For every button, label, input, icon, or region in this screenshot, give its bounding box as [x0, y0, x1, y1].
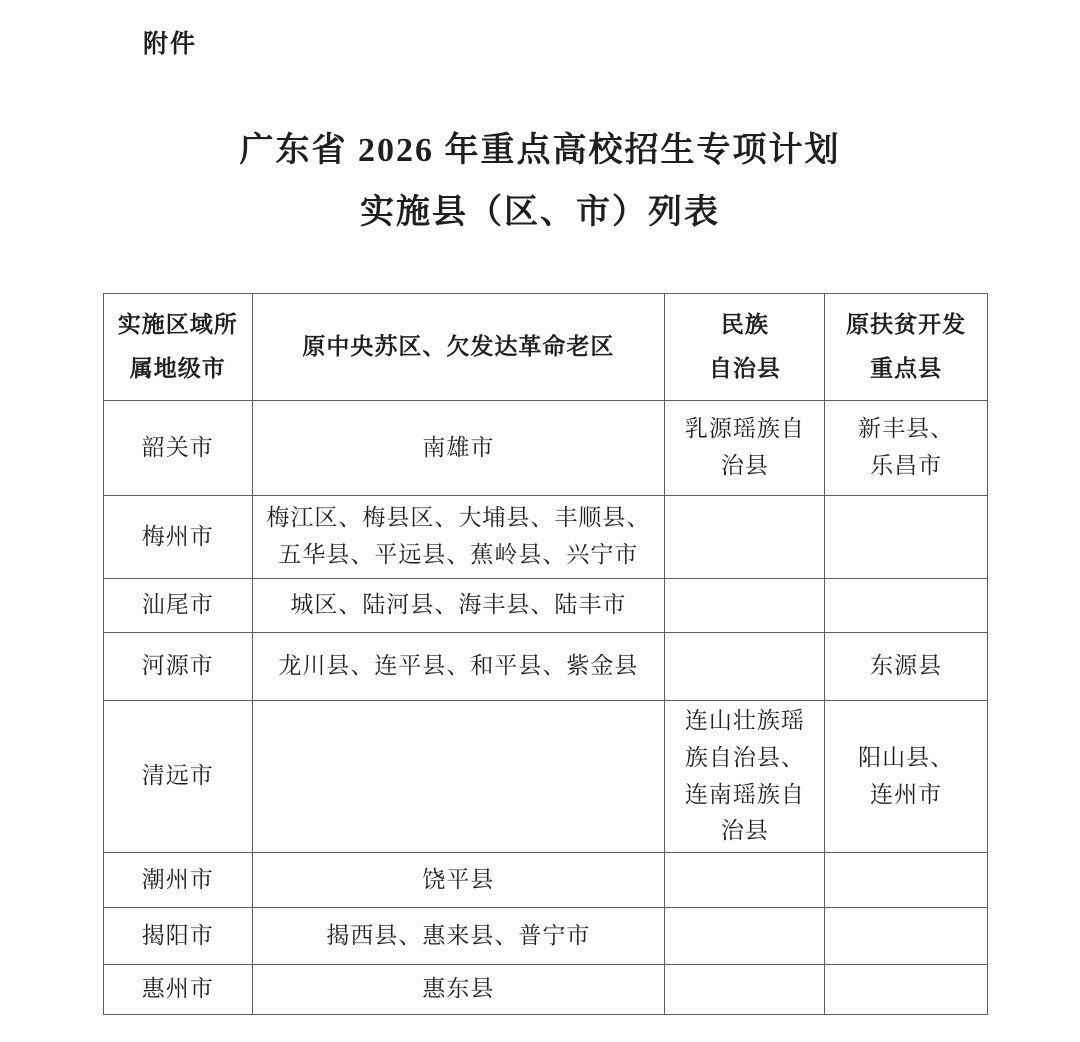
- table-header: 实施区域所 属地级市 原中央苏区、欠发达革命老区 民族 自治县 原扶贫开发 重点…: [104, 294, 988, 401]
- cell-city: 惠州市: [104, 965, 253, 1015]
- cell-city: 汕尾市: [104, 579, 253, 633]
- table-row: 梅州市梅江区、梅县区、大埔县、丰顺县、 五华县、平远县、蕉岭县、兴宁市: [104, 496, 988, 579]
- cell-poverty-alleviation-county: 阳山县、 连州市: [825, 701, 988, 853]
- table-row: 潮州市饶平县: [104, 853, 988, 908]
- cell-city: 揭阳市: [104, 908, 253, 965]
- cell-city: 清远市: [104, 701, 253, 853]
- cell-old-revolutionary-area: 龙川县、连平县、和平县、紫金县: [252, 633, 665, 701]
- cell-old-revolutionary-area: 惠东县: [252, 965, 665, 1015]
- cell-ethnic-autonomous-county: [665, 579, 825, 633]
- column-header-city: 实施区域所 属地级市: [104, 294, 253, 401]
- cell-ethnic-autonomous-county: [665, 908, 825, 965]
- cell-old-revolutionary-area: 梅江区、梅县区、大埔县、丰顺县、 五华县、平远县、蕉岭县、兴宁市: [252, 496, 665, 579]
- cell-city: 韶关市: [104, 401, 253, 496]
- cell-poverty-alleviation-county: 东源县: [825, 633, 988, 701]
- cell-poverty-alleviation-county: [825, 853, 988, 908]
- table-row: 河源市龙川县、连平县、和平县、紫金县东源县: [104, 633, 988, 701]
- counties-table: 实施区域所 属地级市 原中央苏区、欠发达革命老区 民族 自治县 原扶贫开发 重点…: [103, 293, 988, 1015]
- document-title-line1: 广东省 2026 年重点高校招生专项计划: [0, 120, 1080, 182]
- cell-ethnic-autonomous-county: 连山壮族瑶 族自治县、 连南瑶族自 治县: [665, 701, 825, 853]
- cell-poverty-alleviation-county: 新丰县、 乐昌市: [825, 401, 988, 496]
- cell-old-revolutionary-area: 城区、陆河县、海丰县、陆丰市: [252, 579, 665, 633]
- table-row: 惠州市惠东县: [104, 965, 988, 1015]
- cell-city: 河源市: [104, 633, 253, 701]
- cell-ethnic-autonomous-county: [665, 633, 825, 701]
- cell-old-revolutionary-area: 揭西县、惠来县、普宁市: [252, 908, 665, 965]
- table-row: 汕尾市城区、陆河县、海丰县、陆丰市: [104, 579, 988, 633]
- cell-old-revolutionary-area: 饶平县: [252, 853, 665, 908]
- cell-ethnic-autonomous-county: [665, 853, 825, 908]
- table-row: 揭阳市揭西县、惠来县、普宁市: [104, 908, 988, 965]
- table-row: 韶关市南雄市乳源瑶族自 治县新丰县、 乐昌市: [104, 401, 988, 496]
- cell-city: 潮州市: [104, 853, 253, 908]
- cell-ethnic-autonomous-county: [665, 965, 825, 1015]
- cell-poverty-alleviation-county: [825, 579, 988, 633]
- cell-city: 梅州市: [104, 496, 253, 579]
- cell-old-revolutionary-area: [252, 701, 665, 853]
- cell-poverty-alleviation-county: [825, 965, 988, 1015]
- cell-ethnic-autonomous-county: 乳源瑶族自 治县: [665, 401, 825, 496]
- table-body: 韶关市南雄市乳源瑶族自 治县新丰县、 乐昌市梅州市梅江区、梅县区、大埔县、丰顺县…: [104, 401, 988, 1015]
- cell-poverty-alleviation-county: [825, 908, 988, 965]
- document-title: 广东省 2026 年重点高校招生专项计划 实施县（区、市）列表: [0, 120, 1080, 244]
- column-header-old-revolutionary-area: 原中央苏区、欠发达革命老区: [252, 294, 665, 401]
- column-header-poverty-alleviation-county: 原扶贫开发 重点县: [825, 294, 988, 401]
- counties-table-container: 实施区域所 属地级市 原中央苏区、欠发达革命老区 民族 自治县 原扶贫开发 重点…: [103, 293, 988, 1015]
- table-row: 清远市连山壮族瑶 族自治县、 连南瑶族自 治县阳山县、 连州市: [104, 701, 988, 853]
- column-header-ethnic-autonomous-county: 民族 自治县: [665, 294, 825, 401]
- cell-ethnic-autonomous-county: [665, 496, 825, 579]
- document-title-line2: 实施县（区、市）列表: [0, 182, 1080, 244]
- document-page: { "page": { "attachment_label": "附件", "t…: [0, 0, 1080, 1042]
- header-row: 实施区域所 属地级市 原中央苏区、欠发达革命老区 民族 自治县 原扶贫开发 重点…: [104, 294, 988, 401]
- attachment-label: 附件: [143, 24, 197, 60]
- cell-old-revolutionary-area: 南雄市: [252, 401, 665, 496]
- cell-poverty-alleviation-county: [825, 496, 988, 579]
